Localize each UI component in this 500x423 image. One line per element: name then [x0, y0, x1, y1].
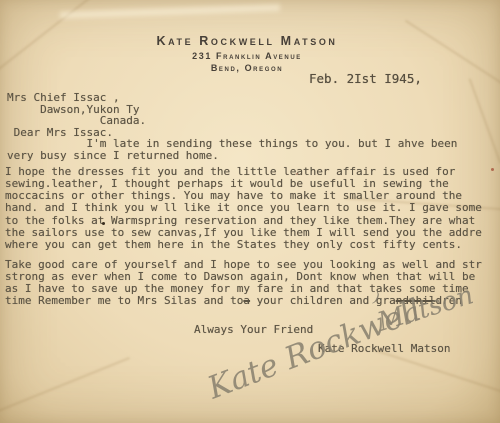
valediction: Always Your Friend — [194, 323, 313, 336]
text-segment: time Remember me to Mrs Silas and to — [5, 294, 243, 307]
letter-paper: Kate Rockwell Matson 231 Franklin Avenue… — [0, 0, 500, 423]
paper-crease — [0, 357, 130, 415]
typed-signature-name: Kate Rockwell Matson — [318, 342, 450, 355]
text-segment: dren — [436, 294, 463, 307]
paper-crease — [373, 349, 500, 397]
recipient-and-opening-paragraph: Mrs Chief Issac , Dawson,Yukon Ty Canada… — [7, 92, 457, 162]
ink-speck — [491, 168, 494, 171]
paper-highlight — [60, 4, 280, 19]
struck-out-letters: ndehil — [396, 294, 436, 307]
paragraph-sewing-kit: I hope the dresses fit you and the littl… — [5, 166, 482, 251]
paper-crease — [469, 78, 500, 163]
letterhead-address-line1: 231 Franklin Avenue — [0, 51, 494, 61]
paragraph-farewell-last-line: time Remember me to Mrs Silas and toa yo… — [5, 295, 462, 307]
letterhead-name: Kate Rockwell Matson — [0, 34, 494, 48]
text-segment: your children and — [250, 294, 376, 307]
paragraph-farewell: Take good care of yourself and I hope to… — [5, 259, 482, 295]
date-line: Feb. 2Ist I945, — [309, 71, 422, 86]
